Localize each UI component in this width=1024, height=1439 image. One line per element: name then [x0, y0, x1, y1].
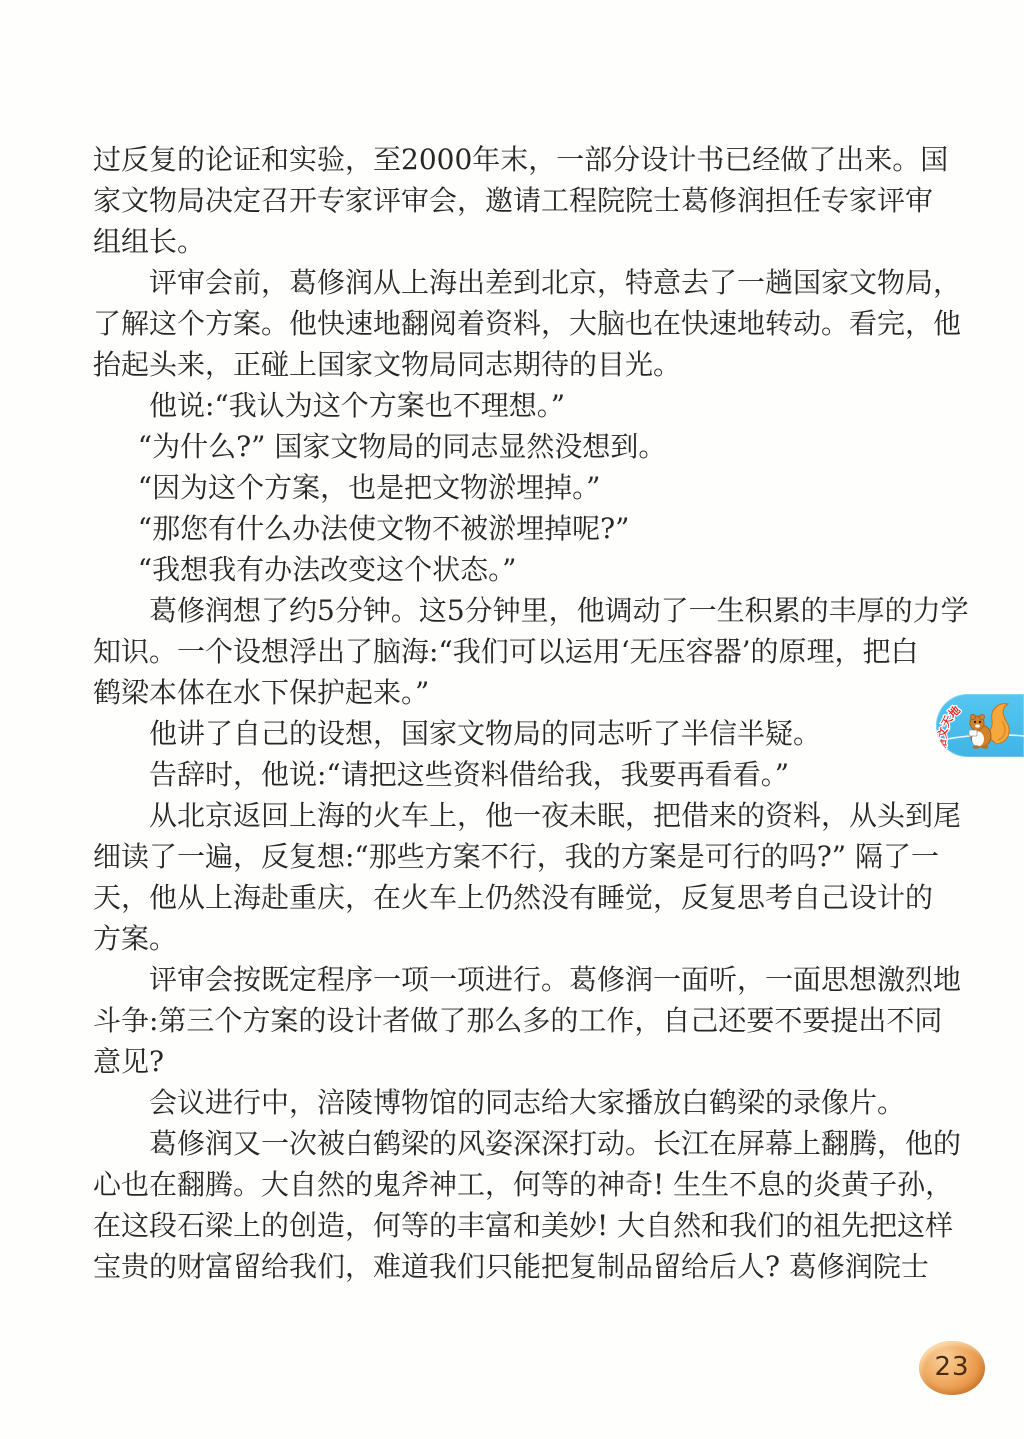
squirrel-icon	[969, 704, 1009, 749]
text-line: 评审会前，葛修润从上海出差到北京，特意去了一趟国家文物局，	[93, 262, 937, 303]
text-line: 评审会按既定程序一项一项进行。葛修润一面听，一面思想激烈地	[93, 959, 937, 1000]
text-line: 会议进行中，涪陵博物馆的同志给大家播放白鹤梁的录像片。	[93, 1082, 937, 1123]
text-line: 了解这个方案。他快速地翻阅着资料，大脑也在快速地转动。看完，他	[93, 303, 937, 344]
page-number-badge: 23	[919, 1341, 985, 1395]
page-number: 23	[934, 1352, 969, 1382]
text-line: 组组长。	[93, 221, 937, 262]
text-line: 鹤梁本体在水下保护起来。”	[93, 672, 937, 713]
body-text: 过反复的论证和实验，至2000年末，一部分设计书已经做了出来。国家文物局决定召开…	[93, 139, 937, 1287]
text-line: 意见?	[93, 1041, 937, 1082]
text-line: 葛修润又一次被白鹤梁的风姿深深打动。长江在屏幕上翻腾，他的	[93, 1123, 937, 1164]
text-line: 抬起头来，正碰上国家文物局同志期待的目光。	[93, 344, 937, 385]
text-line: 他讲了自己的设想，国家文物局的同志听了半信半疑。	[93, 713, 937, 754]
text-line: 家文物局决定召开专家评审会，邀请工程院院士葛修润担任专家评审	[93, 180, 937, 221]
tab-arc-label: 语文天地	[936, 703, 963, 750]
mascot-tab-graphic: 语文天地	[936, 694, 1024, 757]
text-line: “我想我有办法改变这个状态。”	[93, 549, 937, 590]
text-line: 过反复的论证和实验，至2000年末，一部分设计书已经做了出来。国	[93, 139, 937, 180]
text-line: 方案。	[93, 918, 937, 959]
text-line: “为什么?” 国家文物局的同志显然没想到。	[93, 426, 937, 467]
text-line: 从北京返回上海的火车上，他一夜未眠，把借来的资料，从头到尾	[93, 795, 937, 836]
text-line: 宝贵的财富留给我们，难道我们只能把复制品留给后人? 葛修润院士	[93, 1246, 937, 1287]
text-line: “因为这个方案，也是把文物淤埋掉。”	[93, 467, 937, 508]
text-line: 在这段石梁上的创造，何等的丰富和美妙! 大自然和我们的祖先把这样	[93, 1205, 937, 1246]
text-line: 斗争:第三个方案的设计者做了那么多的工作，自己还要不要提出不同	[93, 1000, 937, 1041]
text-line: “那您有什么办法使文物不被淤埋掉呢?”	[93, 508, 937, 549]
text-line: 天，他从上海赴重庆，在火车上仍然没有睡觉，反复思考自己设计的	[93, 877, 937, 918]
text-line: 心也在翻腾。大自然的鬼斧神工，何等的神奇! 生生不息的炎黄子孙，	[93, 1164, 937, 1205]
sidebar-mascot-tab: 语文天地	[936, 694, 1024, 757]
text-line: 知识。一个设想浮出了脑海:“我们可以运用‘无压容器’的原理，把白	[93, 631, 937, 672]
textbook-page: 过反复的论证和实验，至2000年末，一部分设计书已经做了出来。国家文物局决定召开…	[0, 0, 1024, 1439]
text-line: 细读了一遍，反复想:“那些方案不行，我的方案是可行的吗?” 隔了一	[93, 836, 937, 877]
text-line: 告辞时，他说:“请把这些资料借给我，我要再看看。”	[93, 754, 937, 795]
text-line: 他说:“我认为这个方案也不理想。”	[93, 385, 937, 426]
text-line: 葛修润想了约5分钟。这5分钟里，他调动了一生积累的丰厚的力学	[93, 590, 937, 631]
